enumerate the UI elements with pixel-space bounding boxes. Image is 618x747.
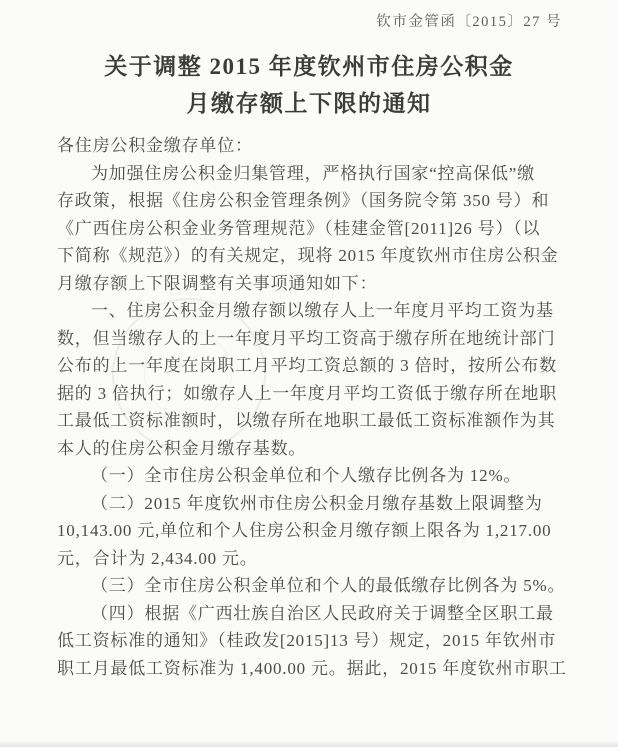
body-text-line: 低工资标准的通知》（桂政发[2015]13 号）规定，2015 年钦州市 — [57, 627, 567, 655]
body-text-line: （四）根据《广西壮族自治区人民政府关于调整全区职工最 — [57, 600, 567, 628]
body-text-line: 公布的上一年度在岗职工月平均工资总额的 3 倍时，按所公布数 — [57, 352, 567, 380]
body-text-line: （三）全市住房公积金单位和个人的最低缴存比例各为 5%。 — [57, 572, 567, 600]
body-text-line: 职工月最低工资标准为 1,400.00 元。据此，2015 年度钦州市职工 — [57, 655, 567, 683]
document-ref-number: 钦市金管函〔2015〕27 号 — [376, 10, 562, 31]
body-text-line: 一、住房公积金月缴存额以缴存人上一年度月平均工资为基 — [57, 297, 567, 325]
body-text-line: 元，合计为 2,434.00 元。 — [57, 545, 567, 573]
scan-bottom-edge-shadow — [0, 741, 618, 747]
document-title: 关于调整 2015 年度钦州市住房公积金 月缴存额上下限的通知 — [0, 48, 618, 122]
body-text-line: 10,143.00 元,单位和个人住房公积金月缴存额上限各为 1,217.00 — [57, 517, 567, 545]
scanned-document-page: 钦市金管函〔2015〕27 号 关于调整 2015 年度钦州市住房公积金 月缴存… — [0, 0, 618, 747]
body-text-line: （一）全市住房公积金单位和个人缴存比例各为 12%。 — [57, 462, 567, 490]
document-body: 各住房公积金缴存单位：为加强住房公积金归集管理，严格执行国家“控高保低”缴存政策… — [57, 132, 567, 682]
body-text-line: 《广西住房公积金业务管理规范》（桂建金管[2011]26 号）（以 — [57, 215, 567, 243]
body-text-line: 工最低工资标准额时，以缴存所在地职工最低工资标准额作为其 — [57, 407, 567, 435]
body-text-line: 下简称《规范》）的有关规定，现将 2015 年度钦州市住房公积金 — [57, 242, 567, 270]
document-title-line2: 月缴存额上下限的通知 — [0, 85, 618, 122]
body-text-line: 数，但当缴存人的上一年度月平均工资高于缴存所在地统计部门 — [57, 325, 567, 353]
body-text-line: 各住房公积金缴存单位： — [57, 132, 567, 160]
body-text-line: 月缴存额上下限调整有关事项通知如下： — [57, 270, 567, 298]
document-title-line1: 关于调整 2015 年度钦州市住房公积金 — [0, 48, 618, 85]
body-text-line: 存政策，根据《住房公积金管理条例》（国务院令第 350 号）和 — [57, 187, 567, 215]
body-text-line: （二）2015 年度钦州市住房公积金月缴存基数上限调整为 — [57, 490, 567, 518]
body-text-line: 据的 3 倍执行；如缴存人上一年度月平均工资低于缴存所在地职 — [57, 380, 567, 408]
body-text-line: 本人的住房公积金月缴存基数。 — [57, 435, 567, 463]
body-text-line: 为加强住房公积金归集管理，严格执行国家“控高保低”缴 — [57, 160, 567, 188]
